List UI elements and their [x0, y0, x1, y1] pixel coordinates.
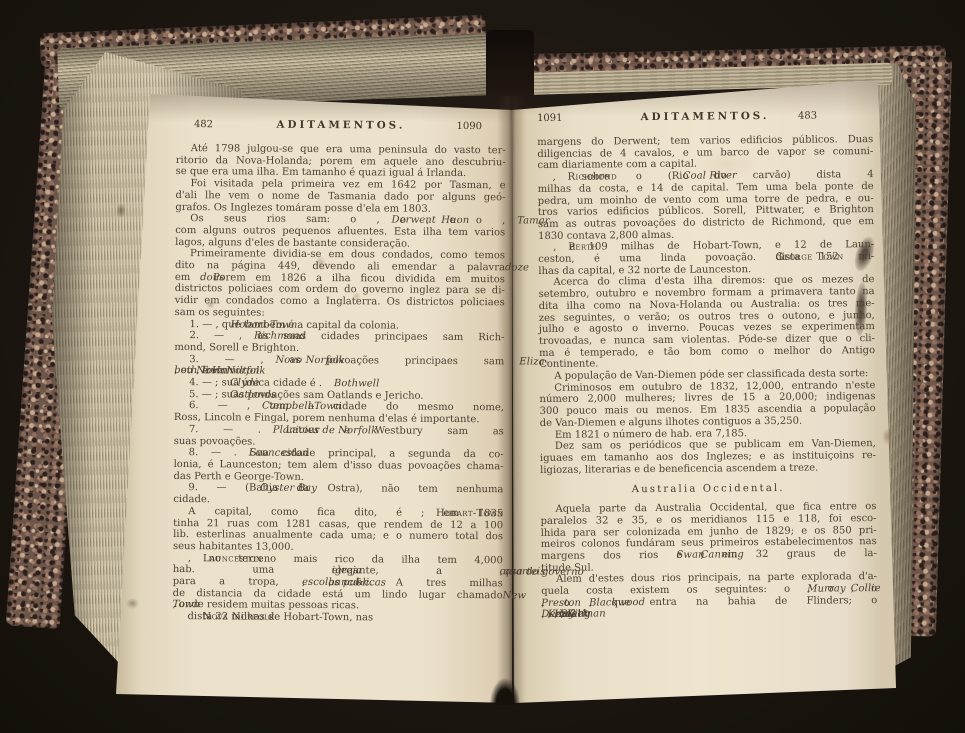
- paragraph: Nova Norfolk dista 22 milhas de Hobart-T…: [172, 611, 502, 625]
- paragraph: Aquela parte da Australia Occidental, qu…: [540, 501, 877, 574]
- left-page-text: 482 ADITAMENTOS. 1090 Até 1798 julgou-se…: [172, 119, 506, 625]
- paragraph: 9. — Oyster Bay (Bahia da Ostra), não te…: [173, 482, 503, 508]
- paragraph: 7. — Planicies de Norfolk. Latour e West…: [174, 424, 504, 450]
- paragraph: Dez sam os periódicos que se publicam em…: [540, 438, 876, 476]
- text-line: ligiozas, literarias e de beneficencia a…: [540, 462, 876, 477]
- paragraph: 6. — Campbell-Town, tem a cidade do mesm…: [174, 400, 504, 426]
- stain: [116, 203, 126, 218]
- left-page-header: 482 ADITAMENTOS. 1090: [176, 119, 506, 134]
- paragraph: Criminosos em outubro de 1832, 12,000, e…: [539, 380, 875, 430]
- running-title: ADITAMENTOS.: [537, 110, 873, 125]
- paragraph: 2. — Richmond, as suas cidades principae…: [174, 330, 504, 356]
- edge-page-number: 1090: [456, 121, 482, 133]
- paragraph: Os seus rios sam: o Derwent, o Huon, e o…: [175, 213, 505, 250]
- paragraph: 8. — Launceston. Sua cidade principal, a…: [173, 447, 503, 484]
- stain: [882, 428, 893, 445]
- paragraph: margens do Derwent; tem varios edificios…: [537, 134, 873, 172]
- left-page-body: Até 1798 julgou-se que era uma peninsula…: [172, 143, 505, 625]
- paragraph: Alem d'estes dous rios principais, na pa…: [541, 571, 877, 621]
- paragraph: Launceston, no terreno mais rico da ilha…: [173, 553, 503, 614]
- book-photo: 482 ADITAMENTOS. 1090 Até 1798 julgou-se…: [0, 0, 965, 733]
- paragraph: A capital, como fica dito, é Hobart-Town…: [173, 506, 503, 555]
- paragraph: Acerca do clima d'esta ilha diremos: que…: [538, 274, 875, 371]
- paragraph: Primeiramente dividia-se em dous condado…: [175, 248, 505, 321]
- paragraph: 3. — Novo Norfolk, as povoações principa…: [174, 354, 504, 380]
- right-page-body: margens do Derwent; tem varios edificios…: [537, 134, 877, 621]
- stain: [126, 598, 139, 609]
- right-page-text: 1091 ADITAMENTOS. 483 margens do Derwent…: [537, 110, 877, 621]
- paragraph: Perth, a 109 milhas de Hobart-Town, e 12…: [538, 239, 874, 277]
- page-number: 483: [798, 111, 817, 123]
- paragraph: Richmond, sobre o Coal River (Rio do car…: [538, 169, 875, 242]
- signature-mark: 31*: [570, 609, 588, 621]
- right-page-header: 1091 ADITAMENTOS. 483: [537, 110, 873, 126]
- text-line: Australia Occidental.: [540, 482, 876, 497]
- paragraph: Foi visitada pela primeira vez em 1642 p…: [175, 178, 505, 215]
- section-heading: Australia Occidental.: [540, 482, 876, 497]
- gutter-bottom-notch: [490, 678, 520, 705]
- paragraph: Até 1798 julgou-se que era uma peninsula…: [176, 143, 506, 180]
- text-line: Nova Norfolk dista 22 milhas de Hobart-T…: [172, 611, 502, 625]
